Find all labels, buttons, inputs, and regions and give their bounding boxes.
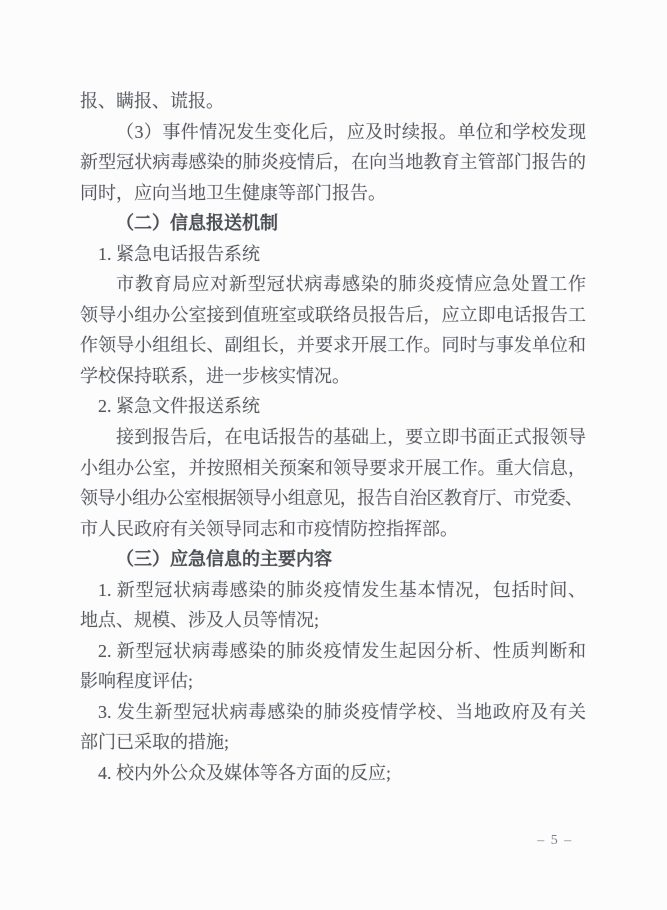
document-line: 2. 新型冠状病毒感染的肺炎疫情发生起因分析、性质判断和 (80, 636, 586, 667)
document-line: 小组办公室，并按照相关预案和领导要求开展工作。重大信息， (80, 453, 586, 484)
page-number: – 5 – (523, 833, 587, 849)
document-line: 领导小组办公室接到值班室或联络员报告后，应立即电话报告工 (80, 300, 586, 331)
document-page: 报、瞒报、谎报。 （3）事件情况发生变化后，应及时续报。单位和学校发现 新型冠状… (0, 0, 667, 910)
document-line: 2. 紧急文件报送系统 (80, 391, 586, 422)
document-line: 学校保持联系，进一步核实情况。 (80, 361, 586, 392)
document-line: 3. 发生新型冠状病毒感染的肺炎疫情学校、当地政府及有关 (80, 697, 586, 728)
document-line: 影响程度评估; (80, 666, 586, 697)
document-body: 报、瞒报、谎报。 （3）事件情况发生变化后，应及时续报。单位和学校发现 新型冠状… (80, 86, 586, 789)
document-line: （3）事件情况发生变化后，应及时续报。单位和学校发现 (80, 117, 586, 148)
document-line: 部门已采取的措施; (80, 727, 586, 758)
document-line: 新型冠状病毒感染的肺炎疫情后，在向当地教育主管部门报告的 (80, 147, 586, 178)
document-line: 1. 紧急电话报告系统 (80, 239, 586, 270)
section-heading: （二）信息报送机制 (80, 208, 586, 239)
document-line: 报、瞒报、谎报。 (80, 86, 586, 117)
document-line: 领导小组办公室根据领导小组意见，报告自治区教育厅、市党委、 (80, 483, 586, 514)
document-line: 接到报告后，在电话报告的基础上，要立即书面正式报领导 (80, 422, 586, 453)
document-line: 市教育局应对新型冠状病毒感染的肺炎疫情应急处置工作 (80, 269, 586, 300)
document-line: 地点、规模、涉及人员等情况; (80, 605, 586, 636)
document-line: 市人民政府有关领导同志和市疫情防控指挥部。 (80, 514, 586, 545)
document-line: 1. 新型冠状病毒感染的肺炎疫情发生基本情况，包括时间、 (80, 575, 586, 606)
document-line: 4. 校内外公众及媒体等各方面的反应; (80, 758, 586, 789)
document-line: 同时，应向当地卫生健康等部门报告。 (80, 178, 586, 209)
section-heading: （三）应急信息的主要内容 (80, 544, 586, 575)
document-line: 作领导小组组长、副组长，并要求开展工作。同时与事发单位和 (80, 330, 586, 361)
